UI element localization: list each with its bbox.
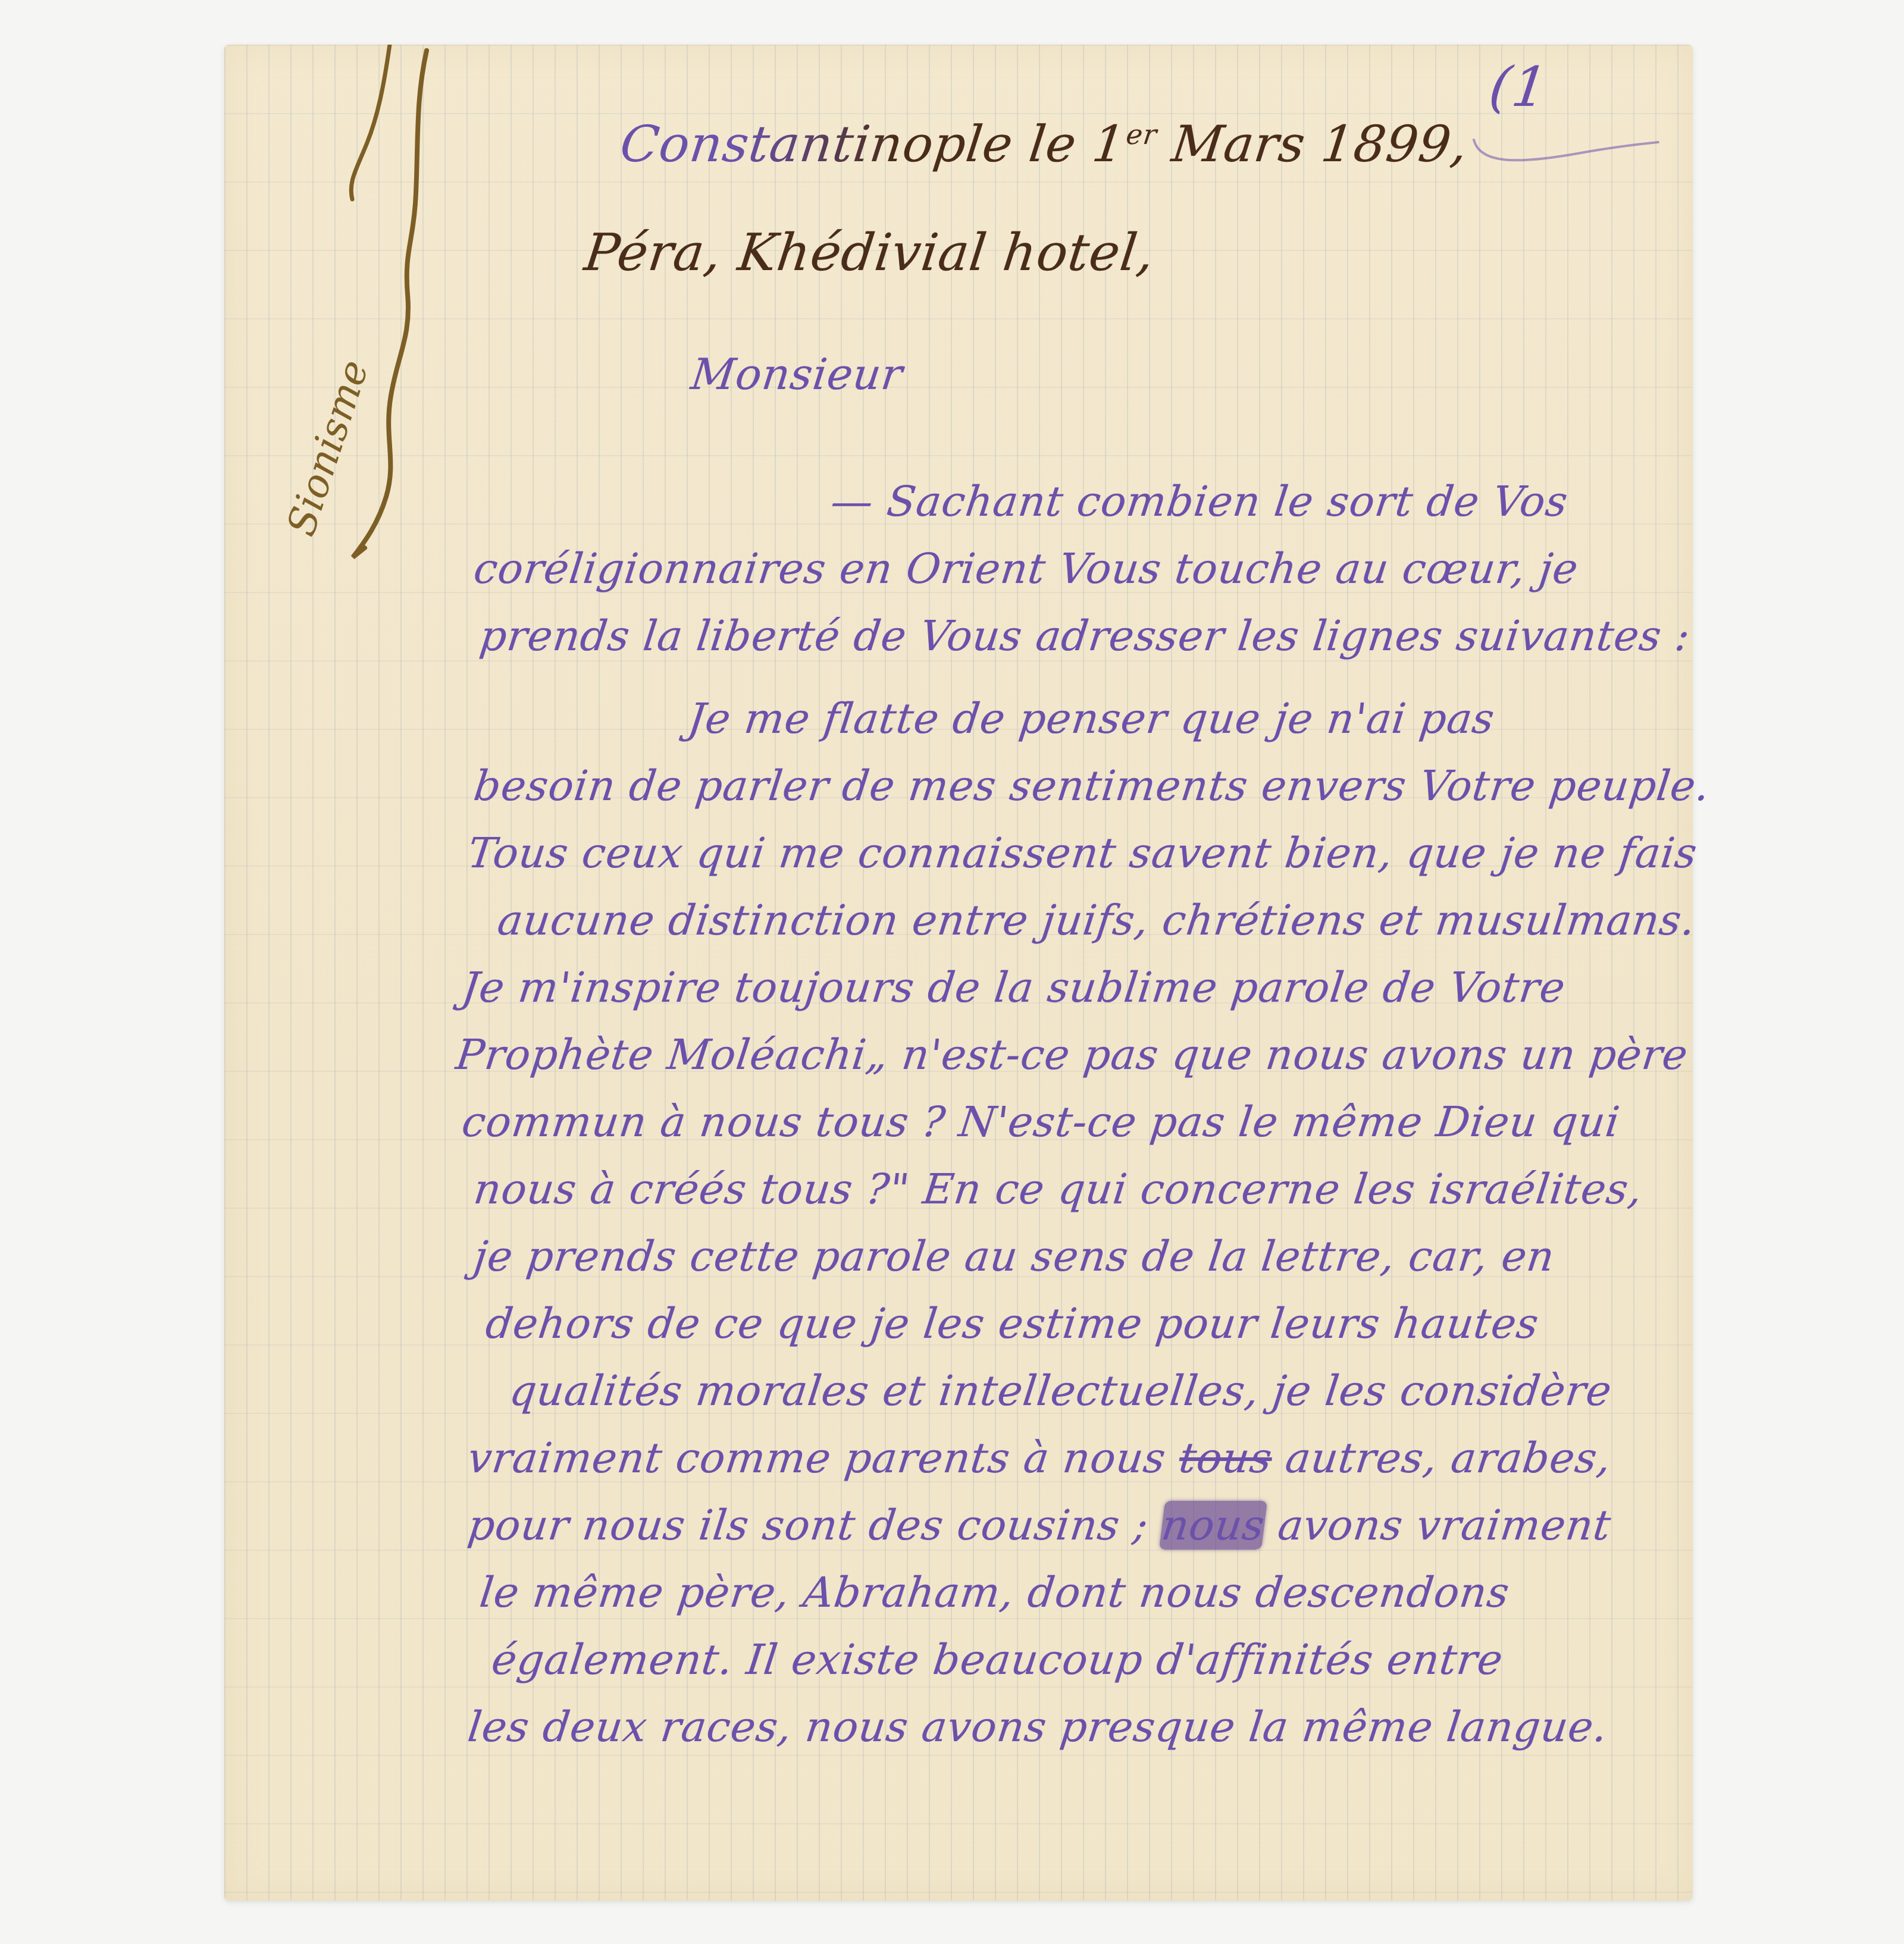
- blotted-word: nous: [1159, 1501, 1267, 1550]
- letter-line-with-blot: pour nous ils sont des cousins ; nous av…: [464, 1492, 1696, 1559]
- letter-line: je prends cette parole au sens de la let…: [470, 1223, 1696, 1290]
- letter-line: Prophète Moléachi„ n'est-ce pas que nous…: [452, 1021, 1696, 1089]
- page-number-text: (1: [1486, 55, 1552, 119]
- letter-line: aucune distinction entre juifs, chrétien…: [494, 887, 1696, 954]
- margin-flourish-stroke-top: [351, 45, 390, 199]
- page-marker-underline: [1462, 122, 1664, 181]
- dateline-place: Constantinople: [617, 115, 1017, 173]
- letter-paper: Sionisme (1 Constantinople le 1er Mars 1…: [224, 45, 1693, 1901]
- letter-body: — Sachant combien le sort de Vos corélig…: [470, 468, 1696, 1761]
- dateline-date-superscript: er: [1125, 118, 1159, 150]
- letter-line: également. Il existe beaucoup d'affinité…: [488, 1626, 1696, 1694]
- dateline-date-tail: Mars 1899,: [1152, 115, 1471, 173]
- letter-line: le même père, Abraham, dont nous descend…: [476, 1559, 1696, 1626]
- salutation-text: Monsieur: [688, 349, 906, 399]
- letter-line: les deux races, nous avons presque la mê…: [464, 1694, 1696, 1761]
- letter-line: Tous ceux qui me connaissent savent bien…: [464, 820, 1696, 887]
- letter-address-line: Péra, Khédivial hotel,: [581, 223, 1151, 283]
- margin-annotation-text: Sionisme: [278, 355, 378, 541]
- letter-dateline: Constantinople le 1er Mars 1899,: [617, 115, 1464, 173]
- struck-word: tous: [1176, 1434, 1274, 1482]
- letter-line-with-strikethrough: vraiment comme parents à nous tous autre…: [464, 1425, 1696, 1492]
- letter-salutation: Monsieur: [688, 349, 900, 399]
- letter-line: nous à créés tous ?" En ce qui concerne …: [470, 1156, 1696, 1223]
- letter-line: besoin de parler de mes sentiments enver…: [470, 752, 1696, 820]
- address-text: Péra, Khédivial hotel,: [581, 223, 1158, 283]
- letter-line: qualités morales et intellectuelles, je …: [506, 1357, 1696, 1425]
- scanned-letter-page: Sionisme (1 Constantinople le 1er Mars 1…: [0, 0, 1904, 1944]
- page-number-marker: (1: [1486, 55, 1544, 119]
- margin-flourish-stroke-main: [353, 51, 427, 557]
- letter-line: Je me flatte de penser que je n'ai pas: [684, 685, 1696, 752]
- letter-line: commun à nous tous ? N'est-ce pas le mêm…: [458, 1089, 1696, 1156]
- margin-annotation-area: Sionisme: [248, 45, 462, 582]
- page-marker-underline-stroke: [1474, 140, 1658, 160]
- letter-line: prends la liberté de Vous adresser les l…: [476, 603, 1696, 670]
- margin-flourish-drawing: Sionisme: [248, 45, 462, 580]
- dateline-date-pre: le 1: [1010, 115, 1129, 173]
- letter-line: Je m'inspire toujours de la sublime paro…: [458, 954, 1696, 1021]
- letter-line: — Sachant combien le sort de Vos: [827, 468, 1696, 535]
- letter-line: coréligionnaires en Orient Vous touche a…: [470, 535, 1696, 603]
- letter-line: dehors de ce que je les estime pour leur…: [482, 1290, 1696, 1357]
